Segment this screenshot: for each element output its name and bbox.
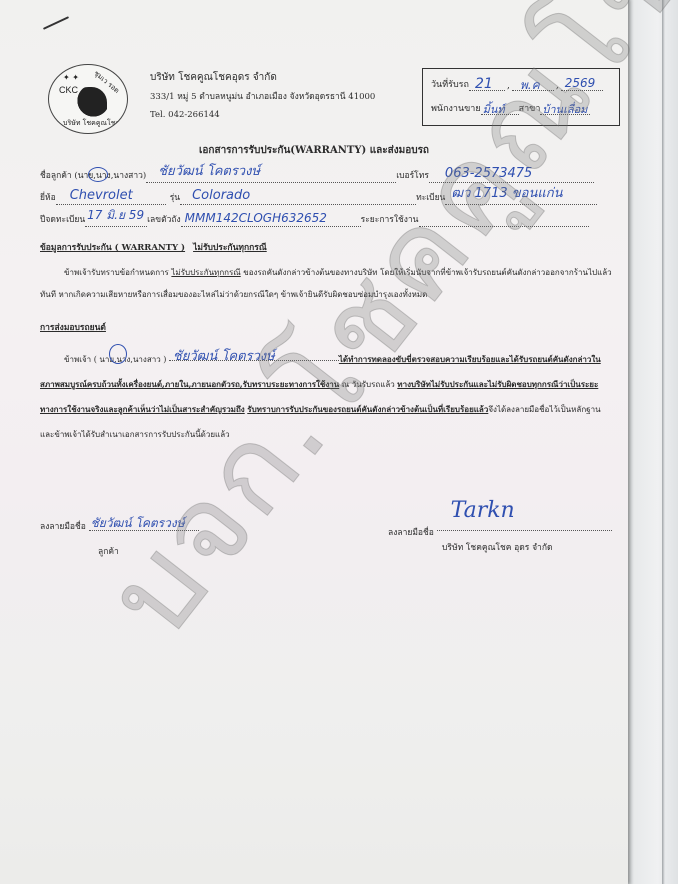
customer-signature: ชัยวัฒน์ โคตรวงษ์	[91, 516, 185, 530]
logo-arc-bottom: บริษัท โชคคูณโชค	[63, 118, 120, 129]
receipt-date-month-field[interactable]: พ.ค	[512, 78, 554, 91]
warranty-para-underlined: ไม่รับประกันทุกกรณี	[171, 268, 240, 277]
chassis-label: เลขตัวถัง	[147, 212, 181, 227]
phone-label: เบอร์โทร	[396, 168, 429, 183]
company-signature: Tarkn	[451, 498, 515, 523]
registration-row: ปีจดทะเบียน 17 มิ.ย 59 เลขตัวถัง MMM142C…	[40, 212, 589, 227]
customer-signature-field[interactable]: ชัยวัฒน์ โคตรวงษ์	[89, 516, 199, 531]
delivery-plain-1: ณ วันรับรถแล้ว	[339, 380, 397, 389]
delivery-heading: การส่งมอบรถยนต์	[40, 320, 106, 334]
mileage-field[interactable]	[419, 212, 589, 227]
warranty-paragraph: ข้าพเจ้ารับทราบข้อกำหนดการ ไม่รับประกันท…	[40, 262, 612, 306]
customer-signature-block: ลงลายมือชื่อ ชัยวัฒน์ โคตรวงษ์ ลูกค้า	[40, 516, 199, 533]
receipt-date-day: 21	[475, 76, 493, 92]
vehicle-row: ยี่ห้อ Chevrolet รุ่น Colorado ทะเบียน ฒ…	[40, 190, 597, 205]
phone-value: 063-2573475	[445, 166, 532, 181]
branch-field[interactable]: บ้านเลื่อม	[540, 102, 590, 115]
delivery-paragraph: ข้าพเจ้า ( นาย,นาง,นางสาว ) ชัยวัฒน์ โคต…	[40, 346, 612, 447]
company-signature-block: ลงลายมือชื่อ Tarkn บริษัท โชคคูณโชค อุดร…	[388, 516, 612, 539]
warranty-heading-note: ไม่รับประกันทุกกรณี	[193, 243, 267, 253]
receipt-date-year-field[interactable]: 2569	[561, 78, 603, 91]
background-paper-edge	[662, 0, 678, 884]
chassis-field[interactable]: MMM142CLOGH632652	[181, 212, 361, 227]
company-signature-field[interactable]: Tarkn	[437, 516, 612, 531]
branch-value: บ้านเลื่อม	[542, 103, 587, 116]
phone-field[interactable]: 063-2573475	[429, 168, 594, 183]
receipt-box: วันที่รับรถ 21 , พ.ค , 2569 พนักงานขาย ม…	[422, 68, 620, 126]
reg-date-field[interactable]: 17 มิ.ย 59	[85, 212, 147, 227]
company-logo: ✦ ✦ CKC ชุมเว รอด บริษัท โชคคูณโชค	[48, 64, 128, 134]
warranty-para-prefix: ข้าพเจ้ารับทราบข้อกำหนดการ	[64, 268, 169, 277]
model-value: Colorado	[192, 188, 250, 203]
sales-value: มิ้นท์	[483, 103, 505, 116]
customer-name-field[interactable]: ชัยวัฒน์ โคตรวงษ์	[146, 168, 396, 183]
mileage-label: ระยะการใช้งาน	[361, 212, 419, 227]
chassis-value: MMM142CLOGH632652	[185, 211, 327, 225]
plate-field[interactable]: ฒว 1713 ขอนแก่น	[445, 190, 597, 205]
receipt-sales-row: พนักงานขาย มิ้นท์ สาขา บ้านเลื่อม	[431, 101, 590, 115]
receipt-date-row: วันที่รับรถ 21 , พ.ค , 2569	[431, 77, 603, 91]
brand-value: Chevrolet	[70, 188, 133, 203]
reg-date-label: ปีจดทะเบียน	[40, 212, 85, 227]
brand-label: ยี่ห้อ	[40, 190, 56, 205]
receipt-date-label: วันที่รับรถ	[431, 77, 469, 91]
warranty-document: ✦ ✦ CKC ชุมเว รอด บริษัท โชคคูณโชค บริษั…	[0, 0, 628, 884]
warranty-heading-text: ข้อมูลการรับประกัน ( WARRANTY )	[40, 243, 185, 253]
pen-mark	[43, 16, 69, 30]
model-label: รุ่น	[170, 190, 180, 205]
document-title: เอกสารการรับประกัน(WARRANTY) และส่งมอบรถ	[0, 143, 628, 158]
delivery-name-field[interactable]: ชัยวัฒน์ โคตรวงษ์	[169, 346, 339, 361]
brand-field[interactable]: Chevrolet	[56, 190, 166, 205]
branch-label: สาขา	[519, 101, 541, 115]
customer-sign-label: ลงลายมือชื่อ	[40, 522, 86, 532]
delivery-name-value: ชัยวัฒน์ โคตรวงษ์	[173, 349, 275, 364]
sales-field[interactable]: มิ้นท์	[481, 102, 519, 115]
customer-row: ชื่อลูกค้า (นาย,นาง,นางสาว) ชัยวัฒน์ โคต…	[40, 168, 594, 183]
plate-label: ทะเบียน	[416, 190, 445, 205]
title-selection-circle	[88, 167, 108, 182]
customer-caption: ลูกค้า	[98, 544, 119, 558]
reg-date-value: 17 มิ.ย 59	[87, 206, 144, 225]
receipt-date-month: พ.ค	[520, 78, 540, 92]
plate-value: ฒว 1713 ขอนแก่น	[451, 182, 562, 203]
warranty-heading: ข้อมูลการรับประกัน ( WARRANTY )ไม่รับประ…	[40, 240, 267, 254]
company-address: 333/1 หมู่ 5 ตำบลหนูม่น อำเภอเมือง จังหว…	[150, 93, 375, 103]
company-tel: Tel. 042-266144	[150, 111, 375, 121]
logo-bird-icon	[73, 87, 107, 121]
receipt-date-year: 2569	[565, 76, 596, 90]
company-info: บริษัท โชคคูณโชคอุดร จำกัด 333/1 หมู่ 5 …	[150, 72, 375, 121]
company-caption: บริษัท โชคคูณโชค อุดร จำกัด	[442, 540, 553, 554]
company-name: บริษัท โชคคูณโชคอุดร จำกัด	[150, 72, 375, 84]
delivery-bold-3: รับทราบการรับประกันของรถยนต์คันดังกล่าวข…	[247, 404, 488, 414]
company-sign-label: ลงลายมือชื่อ	[388, 528, 434, 538]
customer-name-value: ชัยวัฒน์ โคตรวงษ์	[158, 160, 260, 181]
delivery-title-selection-circle	[109, 344, 127, 364]
sales-label: พนักงานขาย	[431, 101, 481, 115]
receipt-date-day-field[interactable]: 21	[469, 78, 505, 91]
model-field[interactable]: Colorado	[180, 190, 416, 205]
logo-stars-icon: ✦ ✦	[63, 73, 79, 82]
